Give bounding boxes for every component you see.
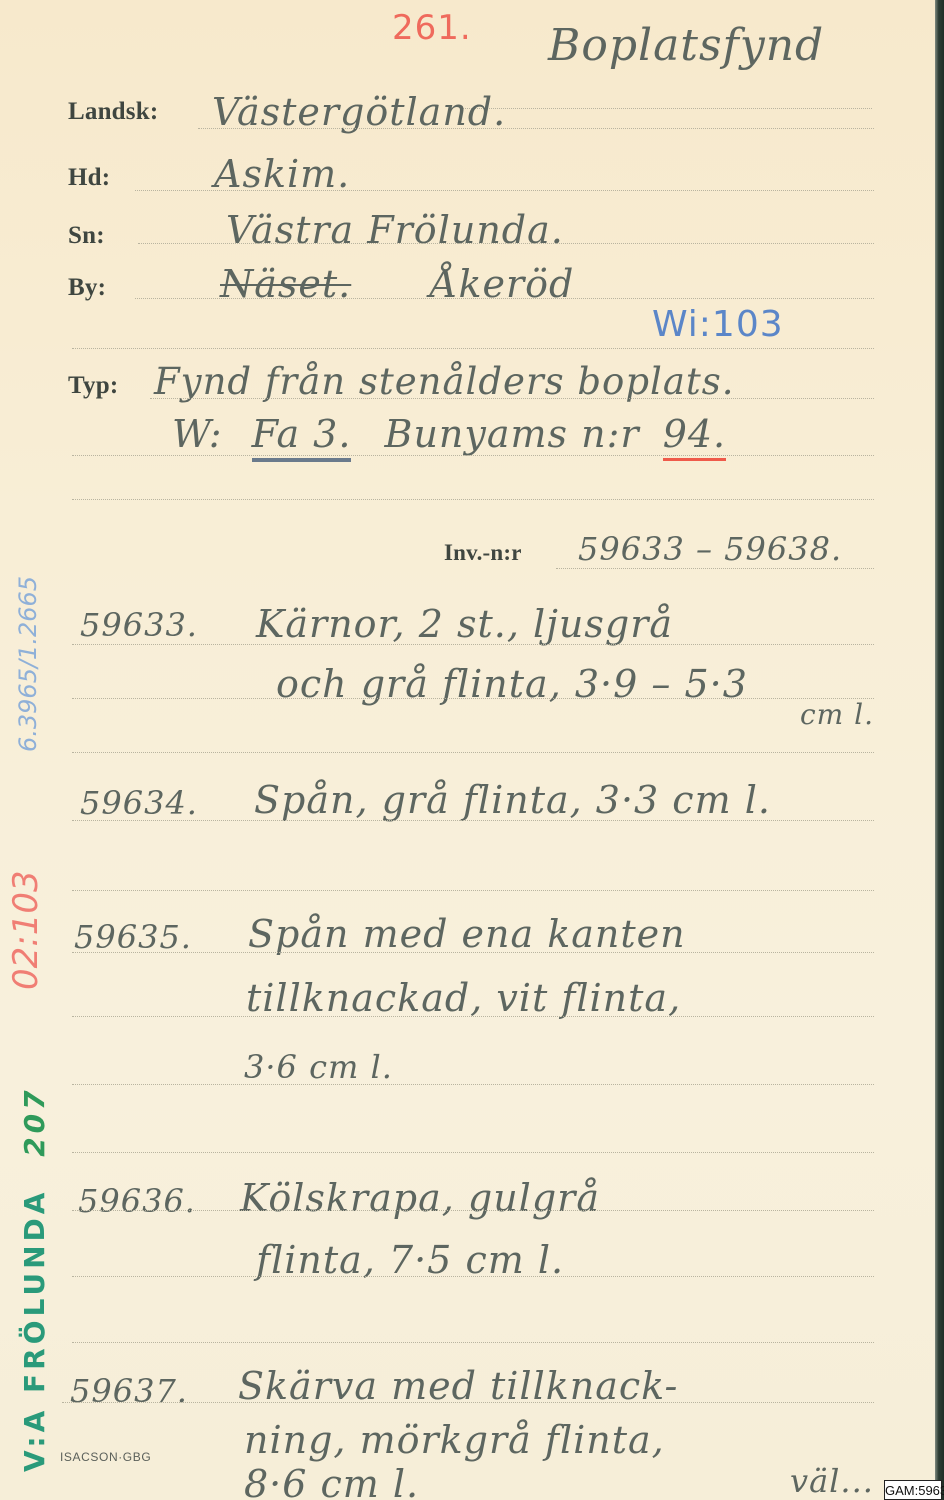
rule-entry <box>62 1402 874 1403</box>
label-typ: Typ: <box>68 372 118 400</box>
rule-entry <box>72 1276 874 1277</box>
category-heading: Boplatsfynd <box>548 20 824 71</box>
stamp-number: 207 <box>18 1086 51 1156</box>
annotation-wi: Wi:103 <box>652 304 784 345</box>
value-sn: Västra Frölunda. <box>226 208 564 252</box>
rule-entry <box>72 752 874 753</box>
margin-note-red: 02:103 <box>6 870 46 990</box>
rule-blank <box>72 348 874 349</box>
value-by: Åkeröd <box>430 262 574 306</box>
rule-inventory <box>556 568 874 569</box>
entry-number: 59634. <box>80 784 198 822</box>
label-inventory: Inv.-n:r <box>444 540 522 566</box>
rule-entry <box>72 1084 874 1085</box>
rule-entry <box>72 1016 874 1017</box>
entry-line: tillknackad, vit flinta, <box>246 976 681 1020</box>
ref-bunyam: Bunyams n:r <box>385 412 640 456</box>
green-location-stamp: V:A FRÖLUNDA 207 <box>18 1086 51 1472</box>
rule-reference <box>72 455 874 456</box>
rule-hd <box>135 190 874 191</box>
reference-line: W: Fa 3. Bunyams n:r 94. <box>172 412 726 456</box>
entry-number: 59633. <box>80 606 198 644</box>
entry-line: Kärnor, 2 st., ljusgrå <box>256 602 673 646</box>
rule-entry <box>72 698 874 699</box>
catalog-number: 261. <box>392 8 472 48</box>
entry-number: 59635. <box>74 918 192 956</box>
rule-entry <box>72 1210 874 1211</box>
rule-entry <box>72 1342 874 1343</box>
entry-line: Kölskrapa, gulgrå <box>240 1176 600 1220</box>
value-by-struck: Näset. <box>220 262 351 306</box>
entry-line: 3·6 cm l. <box>244 1048 393 1086</box>
rule-sn <box>138 243 874 244</box>
rule-by <box>135 298 874 299</box>
entry-line: cm l. <box>800 698 874 731</box>
printer-mark: ISACSON·GBG <box>60 1450 151 1464</box>
value-inventory: 59633 – 59638. <box>578 530 842 568</box>
entry-number: 59636. <box>78 1182 196 1220</box>
rule-entry <box>72 1152 874 1153</box>
rule-entry <box>72 890 874 891</box>
label-landsk: Landsk: <box>68 98 158 126</box>
rule-after-reference <box>72 499 874 500</box>
entry-line: väl... <box>790 1462 874 1500</box>
id-tag: GAM:59633 <box>884 1480 942 1500</box>
rule-category <box>462 108 872 109</box>
rule-typ <box>150 398 874 399</box>
rule-entry <box>72 644 874 645</box>
catalog-card: 261. Boplatsfynd Landsk: Västergötland. … <box>0 0 935 1500</box>
value-typ: Fynd från stenålders boplats. <box>154 360 735 403</box>
rule-entry <box>72 820 874 821</box>
rule-landsk <box>198 128 874 129</box>
rule-entry <box>72 952 874 953</box>
margin-note-blue: 6.3965/1.2665 <box>14 576 42 752</box>
entry-line: Spån, grå flinta, 3·3 cm l. <box>254 778 771 822</box>
label-hd: Hd: <box>68 164 110 192</box>
label-sn: Sn: <box>68 222 105 250</box>
entry-line: och grå flinta, 3·9 – 5·3 <box>276 662 748 706</box>
entry-number: 59637. <box>70 1372 188 1410</box>
entry-line: 8·6 cm l. <box>244 1462 419 1500</box>
card-edge <box>935 0 944 1500</box>
ref-prefix: W: <box>172 412 223 456</box>
entry-line: ning, mörkgrå flinta, <box>244 1418 665 1462</box>
ref-bunyam-number: 94. <box>663 412 726 461</box>
stamp-text: V:A FRÖLUNDA <box>18 1189 51 1472</box>
label-by: By: <box>68 274 106 302</box>
entry-line: Spån med ena kanten <box>248 912 686 956</box>
